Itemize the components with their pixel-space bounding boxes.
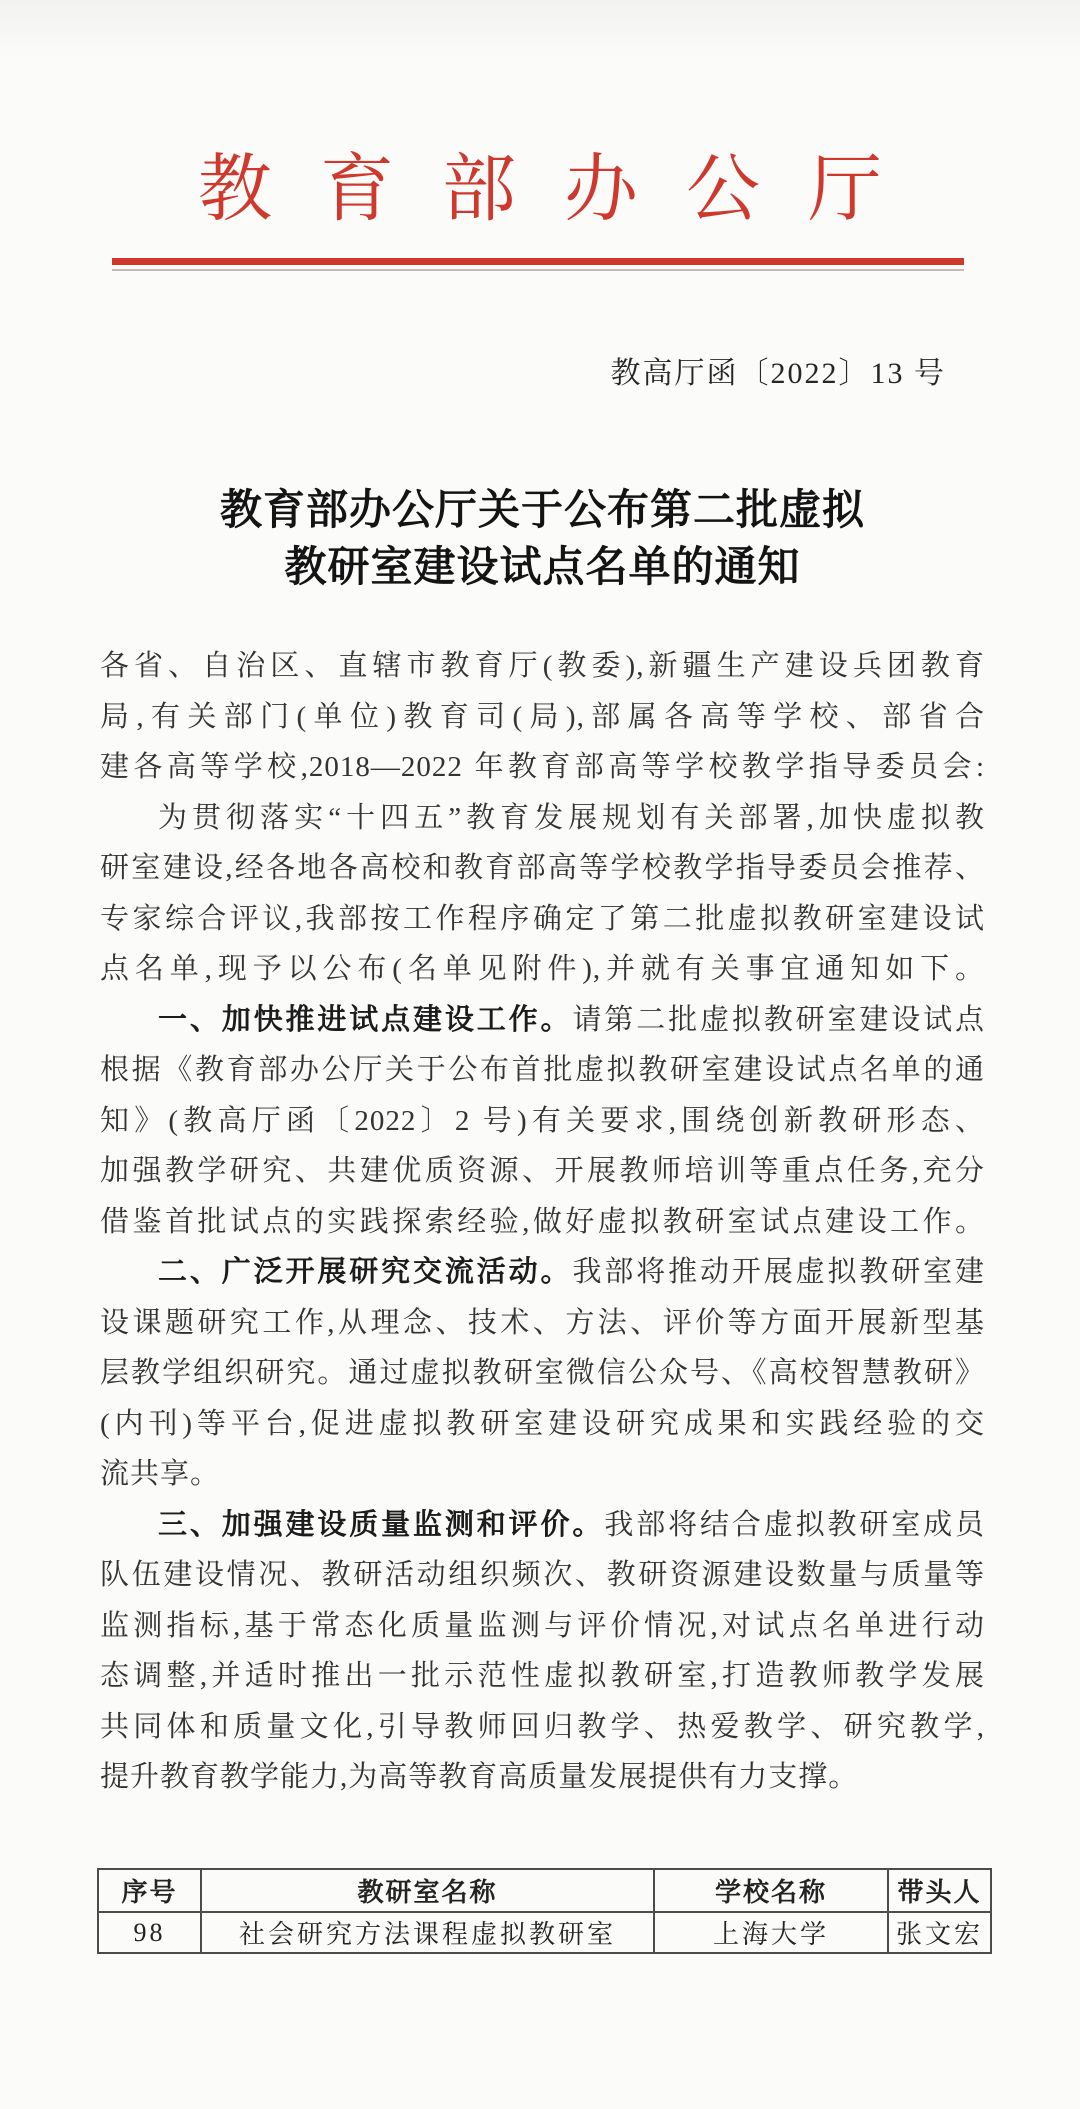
body-line: 提升教育教学能力,为高等教育高质量发展提供有力支撑。 <box>100 1752 985 1803</box>
body-line-text: 研室建设,经各地各高校和教育部高等学校教学指导委员会推荐、 <box>100 852 985 884</box>
body-line: 为贯彻落实“十四五”教育发展规划有关部署,加快虚拟教 <box>100 793 985 844</box>
body-line: 点名单,现予以公布(名单见附件),并就有关事宜通知如下。 <box>100 944 985 995</box>
body-line-text: 局,有关部门(单位)教育司(局),部属各高等学校、部省合 <box>100 701 985 733</box>
body-line-text: 根据《教育部办公厅关于公布首批虚拟教研室建设试点名单的通 <box>100 1054 985 1086</box>
body-line-text: 流共享。 <box>100 1458 220 1490</box>
table-row: 98 社会研究方法课程虚拟教研室 上海大学 张文宏 <box>98 1912 991 1953</box>
body-line: 知》(教高厅函〔2022〕2 号)有关要求,围绕创新教研形态、 <box>100 1096 985 1147</box>
body-line: 专家综合评议,我部按工作程序确定了第二批虚拟教研室建设试 <box>100 894 985 945</box>
section-heading: 三、加强建设质量监测和评价。 <box>158 1509 604 1541</box>
cell-teaching-office-name: 社会研究方法课程虚拟教研室 <box>201 1912 654 1953</box>
doc-title-line1: 教育部办公厅关于公布第二批虚拟 <box>100 483 985 540</box>
body-line-text: 专家综合评议,我部按工作程序确定了第二批虚拟教研室建设试 <box>100 903 985 935</box>
body-line: (内刊)等平台,促进虚拟教研室建设研究成果和实践经验的交 <box>100 1399 985 1450</box>
letterhead-rule <box>112 258 964 271</box>
body-line: 三、加强建设质量监测和评价。我部将结合虚拟教研室成员 <box>100 1500 985 1551</box>
body-line: 监测指标,基于常态化质量监测与评价情况,对试点名单进行动 <box>100 1601 985 1652</box>
body-line-text: 设课题研究工作,从理念、技术、方法、评价等方面开展新型基 <box>100 1307 985 1339</box>
body-line: 共同体和质量文化,引导教师回归教学、热爱教学、研究教学, <box>100 1702 985 1753</box>
body-line-text: 监测指标,基于常态化质量监测与评价情况,对试点名单进行动 <box>100 1610 985 1642</box>
letterhead-title: 教育部办公厅 <box>0 150 1080 230</box>
body-line-text: 知》(教高厅函〔2022〕2 号)有关要求,围绕创新教研形态、 <box>100 1105 985 1137</box>
document-page: 教育部办公厅 教高厅函〔2022〕13 号 教育部办公厅关于公布第二批虚拟 教研… <box>0 0 1080 2109</box>
body-line-text: 各省、自治区、直辖市教育厅(教委),新疆生产建设兵团教育 <box>100 650 985 682</box>
doc-title: 教育部办公厅关于公布第二批虚拟 教研室建设试点名单的通知 <box>100 483 985 597</box>
body-line: 局,有关部门(单位)教育司(局),部属各高等学校、部省合 <box>100 692 985 743</box>
cell-leader-name: 张文宏 <box>888 1912 991 1953</box>
body-line: 流共享。 <box>100 1449 985 1500</box>
cell-school-name: 上海大学 <box>654 1912 888 1953</box>
body-line: 各省、自治区、直辖市教育厅(教委),新疆生产建设兵团教育 <box>100 641 985 692</box>
body-line: 借鉴首批试点的实践探索经验,做好虚拟教研室试点建设工作。 <box>100 1197 985 1248</box>
body-line-text: (内刊)等平台,促进虚拟教研室建设研究成果和实践经验的交 <box>100 1408 985 1440</box>
table-header-row: 序号 教研室名称 学校名称 带头人 <box>98 1869 991 1912</box>
table-header-cell: 带头人 <box>888 1869 991 1912</box>
table-header-cell: 学校名称 <box>654 1869 888 1912</box>
table-header-cell: 序号 <box>98 1869 201 1912</box>
body-line-text: 为贯彻落实“十四五”教育发展规划有关部署,加快虚拟教 <box>158 802 985 834</box>
body-line-text: 点名单,现予以公布(名单见附件),并就有关事宜通知如下。 <box>100 953 985 985</box>
body-line-text: 提升教育教学能力,为高等教育高质量发展提供有力支撑。 <box>100 1761 858 1793</box>
body-line-text: 我部将结合虚拟教研室成员 <box>604 1509 985 1541</box>
appendix-table: 序号 教研室名称 学校名称 带头人 98 社会研究方法课程虚拟教研室 上海大学 … <box>97 1868 992 1954</box>
body-line: 研室建设,经各地各高校和教育部高等学校教学指导委员会推荐、 <box>100 843 985 894</box>
body-line-text: 队伍建设情况、教研活动组织频次、教研资源建设数量与质量等 <box>100 1559 985 1591</box>
body-line-text: 层教学组织研究。通过虚拟教研室微信公众号、《高校智慧教研》 <box>100 1357 985 1389</box>
table-header-cell: 教研室名称 <box>201 1869 654 1912</box>
body-text: 各省、自治区、直辖市教育厅(教委),新疆生产建设兵团教育 局,有关部门(单位)教… <box>100 641 985 1803</box>
body-line-text: 态调整,并适时推出一批示范性虚拟教研室,打造教师教学发展 <box>100 1660 985 1692</box>
body-line: 加强教学研究、共建优质资源、开展教师培训等重点任务,充分 <box>100 1146 985 1197</box>
body-line: 二、广泛开展研究交流活动。我部将推动开展虚拟教研室建 <box>100 1247 985 1298</box>
body-line-text: 共同体和质量文化,引导教师回归教学、热爱教学、研究教学, <box>100 1711 985 1743</box>
section-heading: 二、广泛开展研究交流活动。 <box>158 1256 572 1288</box>
body-line: 层教学组织研究。通过虚拟教研室微信公众号、《高校智慧教研》 <box>100 1348 985 1399</box>
body-line: 设课题研究工作,从理念、技术、方法、评价等方面开展新型基 <box>100 1298 985 1349</box>
body-line-text: 我部将推动开展虚拟教研室建 <box>572 1256 985 1288</box>
body-line: 一、加快推进试点建设工作。请第二批虚拟教研室建设试点 <box>100 995 985 1046</box>
section-heading: 一、加快推进试点建设工作。 <box>158 1004 572 1036</box>
doc-title-line2: 教研室建设试点名单的通知 <box>100 540 985 597</box>
body-line-text: 借鉴首批试点的实践探索经验,做好虚拟教研室试点建设工作。 <box>100 1206 985 1238</box>
table-body: 98 社会研究方法课程虚拟教研室 上海大学 张文宏 <box>98 1912 991 1953</box>
body-line: 态调整,并适时推出一批示范性虚拟教研室,打造教师教学发展 <box>100 1651 985 1702</box>
doc-number: 教高厅函〔2022〕13 号 <box>611 348 947 392</box>
body-line-text: 加强教学研究、共建优质资源、开展教师培训等重点任务,充分 <box>100 1155 985 1187</box>
cell-serial-number: 98 <box>98 1912 201 1953</box>
body-line: 建各高等学校,2018—2022 年教育部高等学校教学指导委员会: <box>100 742 985 793</box>
body-line-text: 建各高等学校,2018—2022 年教育部高等学校教学指导委员会: <box>100 751 985 783</box>
body-line-text: 请第二批虚拟教研室建设试点 <box>572 1004 985 1036</box>
body-line: 根据《教育部办公厅关于公布首批虚拟教研室建设试点名单的通 <box>100 1045 985 1096</box>
body-line: 队伍建设情况、教研活动组织频次、教研资源建设数量与质量等 <box>100 1550 985 1601</box>
